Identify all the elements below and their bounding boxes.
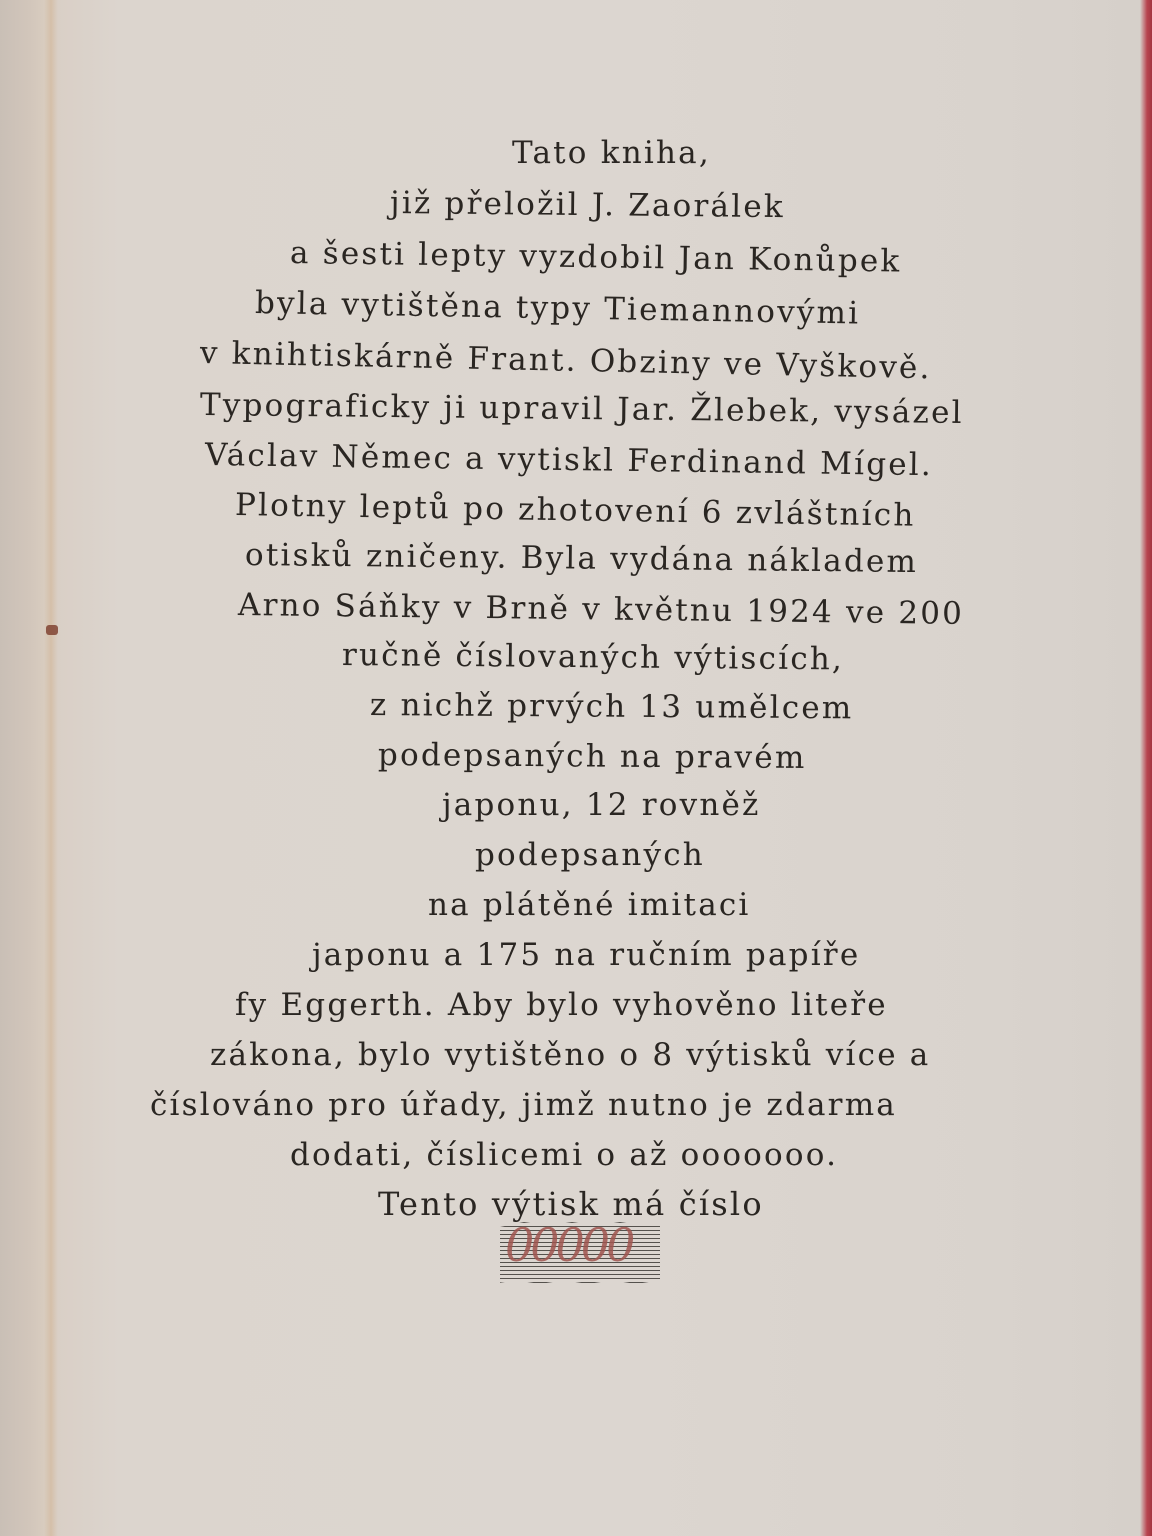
colophon-line: ručně číslovaných výtiscích, <box>342 637 844 677</box>
colophon-line: Plotny leptů po zhotovení 6 zvláštních <box>235 487 916 534</box>
colophon-line: podepsaných na pravém <box>378 737 807 776</box>
colophon-line: dodati, číslicemi o až ooooooo. <box>290 1137 838 1173</box>
colophon-line: již přeložil J. Zaorálek <box>390 185 785 225</box>
colophon-line: Arno Sáňky v Brně v květnu 1924 ve 200 <box>238 587 965 632</box>
page-gutter-fold <box>44 0 58 1536</box>
colophon-line: a šesti lepty vyzdobil Jan Konůpek <box>290 235 902 280</box>
colophon-line: číslováno pro úřady, jimž nutno je zdarm… <box>150 1087 897 1123</box>
colophon-line: Typograficky ji upravil Jar. Žlebek, vys… <box>200 387 964 431</box>
colophon-line: Václav Němec a vytiskl Ferdinand Mígel. <box>205 437 933 483</box>
colophon-line: Tato kniha, <box>512 135 711 171</box>
colophon-line: fy Eggerth. Aby bylo vyhověno liteře <box>235 987 888 1023</box>
colophon-line: japonu a 175 na ručním papíře <box>312 937 860 973</box>
colophon-line: podepsaných <box>475 837 705 873</box>
colophon-line: byla vytištěna typy Tiemannovými <box>255 285 861 332</box>
colophon-line: zákona, bylo vytištěno o 8 výtisků více … <box>210 1037 930 1073</box>
colophon-line: na plátěné imitaci <box>428 887 751 923</box>
colophon-line: japonu, 12 rovněž <box>442 787 761 823</box>
paper-stain <box>46 625 58 635</box>
colophon-line: otisků zničeny. Byla vydána nákladem <box>245 537 918 580</box>
colophon-line: z nichž prvých 13 umělcem <box>370 687 854 726</box>
colophon-line: v knihtiskárně Frant. Obziny ve Vyškově. <box>200 335 932 386</box>
handwritten-copy-number: 00000 <box>505 1218 631 1272</box>
